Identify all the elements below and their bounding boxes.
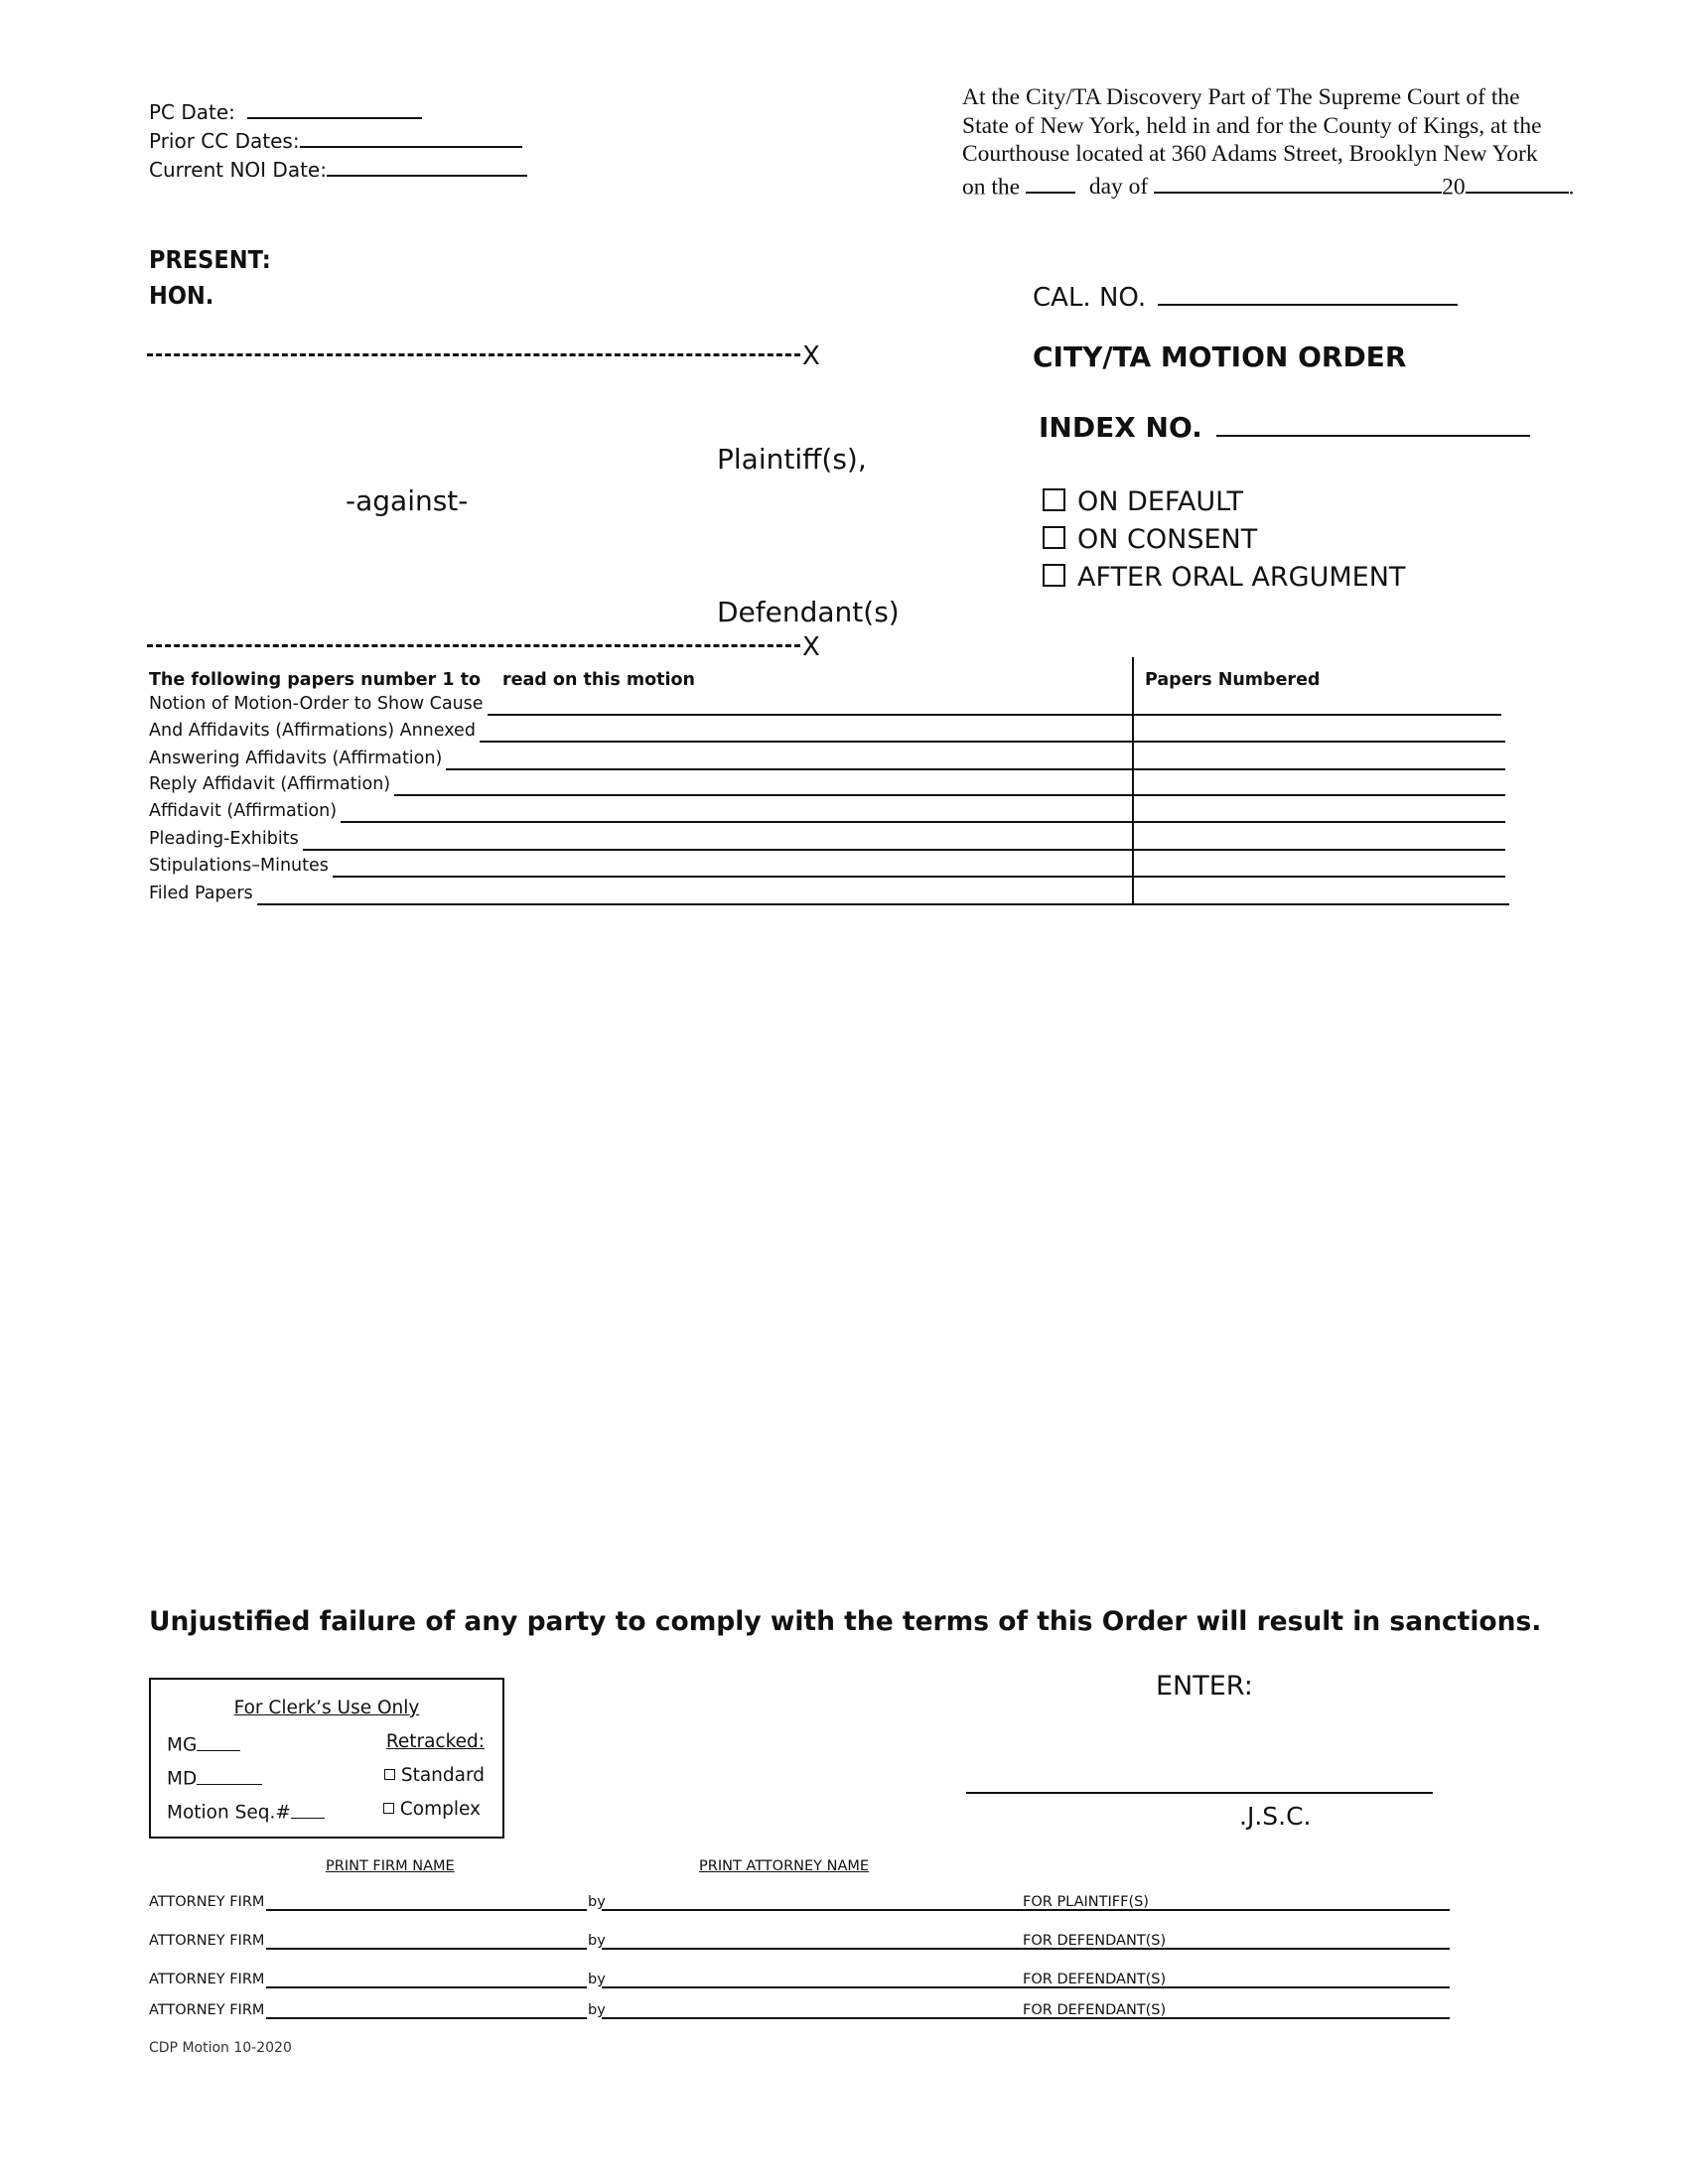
md-field[interactable] — [197, 1765, 262, 1785]
jsc-label: .J.S.C. — [1239, 1802, 1312, 1831]
prior-cc-dates-row: Prior CC Dates: — [149, 126, 527, 155]
year-field[interactable] — [1466, 169, 1569, 195]
checkbox-icon[interactable] — [1043, 488, 1065, 511]
court-caption-line-2: State of New York, held in and for the C… — [962, 112, 1592, 141]
option-label: ON DEFAULT — [1077, 486, 1243, 517]
papers-header-left: The following papers number 1 to — [149, 670, 481, 690]
option-on-default[interactable]: ON DEFAULT — [1043, 483, 1405, 521]
dashed-rule — [147, 353, 800, 356]
papers-row-label: Reply Affidavit (Affirmation) — [149, 774, 390, 794]
period: . — [1569, 174, 1575, 200]
sanctions-warning: Unjustified failure of any party to comp… — [149, 1606, 1541, 1637]
motion-seq-field[interactable] — [291, 1799, 325, 1819]
option-on-consent[interactable]: ON CONSENT — [1043, 521, 1405, 559]
current-noi-date-field[interactable] — [327, 155, 527, 177]
papers-row: Filed Papers — [149, 878, 1539, 905]
party-field[interactable] — [1160, 2017, 1450, 2019]
papers-row: Notion of Motion-Order to Show Cause — [149, 688, 1539, 716]
attorney-row: ATTORNEY FIRMbyFOR PLAINTIFF(S) — [149, 1891, 1460, 1911]
pc-date-field[interactable] — [247, 97, 422, 119]
month-field[interactable] — [1154, 169, 1442, 195]
mg-label: MG — [167, 1735, 197, 1756]
attorney-row: ATTORNEY FIRMbyFOR DEFENDANT(S) — [149, 1930, 1460, 1950]
checkbox-icon[interactable] — [383, 1803, 394, 1814]
index-no-field[interactable] — [1216, 407, 1530, 437]
enter-label: ENTER: — [1156, 1671, 1253, 1702]
papers-row-label: And Affidavits (Affirmations) Annexed — [149, 721, 476, 741]
papers-row-label: Notion of Motion-Order to Show Cause — [149, 694, 484, 714]
papers-row: Stipulations–Minutes — [149, 850, 1539, 878]
mg-field[interactable] — [197, 1731, 240, 1751]
x-mark: X — [802, 632, 820, 662]
attorney-row: ATTORNEY FIRMbyFOR DEFENDANT(S) — [149, 1969, 1460, 1988]
plaintiff-label: Plaintiff(s), — [717, 443, 867, 476]
attorney-firm-label: ATTORNEY FIRM — [149, 1972, 264, 1987]
print-attorney-name-label: PRINT ATTORNEY NAME — [699, 1858, 869, 1874]
option-label: ON CONSENT — [1077, 524, 1257, 555]
motion-seq-label: Motion Seq.# — [167, 1803, 291, 1824]
dashed-rule — [147, 644, 800, 647]
firm-name-field[interactable] — [266, 1909, 587, 1911]
print-firm-name-label: PRINT FIRM NAME — [326, 1858, 455, 1874]
court-caption-date-line: on the day of 20. — [962, 169, 1592, 202]
attorney-firm-label: ATTORNEY FIRM — [149, 2002, 264, 2018]
attorney-firm-label: ATTORNEY FIRM — [149, 1894, 264, 1910]
clerk-use-box: For Clerk’s Use Only MG MD Motion Seq.# … — [149, 1678, 504, 1839]
by-label: by — [588, 1933, 606, 1949]
day-field[interactable] — [1026, 169, 1075, 195]
on-the-label: on the — [962, 174, 1020, 200]
papers-row-field[interactable] — [257, 903, 1132, 905]
day-of-label: day of — [1089, 174, 1148, 200]
judge-signature-line[interactable] — [966, 1792, 1433, 1794]
papers-row-label: Answering Affidavits (Affirmation) — [149, 749, 442, 768]
by-label: by — [588, 1972, 606, 1987]
hon-label: HON. — [149, 278, 271, 314]
x-mark: X — [802, 341, 820, 371]
index-no-label: INDEX NO. — [1039, 411, 1202, 444]
firm-name-field[interactable] — [266, 1948, 587, 1950]
current-noi-date-label: Current NOI Date: — [149, 158, 327, 182]
current-noi-date-row: Current NOI Date: — [149, 155, 527, 184]
mg-row: MG — [167, 1731, 240, 1756]
checkbox-icon[interactable] — [1043, 526, 1065, 549]
firm-name-field[interactable] — [266, 2017, 587, 2019]
cal-no-row: CAL. NO. — [1033, 278, 1458, 313]
motion-order-title: CITY/TA MOTION ORDER — [1033, 341, 1406, 373]
by-label: by — [588, 1894, 606, 1910]
for-party-label: FOR DEFENDANT(S) — [1023, 1972, 1166, 1987]
caption-bottom-rule: X — [147, 632, 820, 662]
court-caption-line-3: Courthouse located at 360 Adams Street, … — [962, 140, 1592, 169]
for-party-label: FOR PLAINTIFF(S) — [1023, 1894, 1149, 1910]
party-field[interactable] — [1160, 1986, 1450, 1988]
index-no-row: INDEX NO. — [1039, 407, 1530, 444]
prior-cc-dates-label: Prior CC Dates: — [149, 129, 300, 153]
papers-row: Answering Affidavits (Affirmation) — [149, 743, 1539, 770]
papers-header-mid: read on this motion — [502, 670, 695, 690]
option-after-oral-argument[interactable]: AFTER ORAL ARGUMENT — [1043, 559, 1405, 597]
attorney-row: ATTORNEY FIRMbyFOR DEFENDANT(S) — [149, 1999, 1460, 2019]
against-label: -against- — [346, 484, 468, 517]
party-field[interactable] — [1146, 1909, 1450, 1911]
standard-label: Standard — [401, 1765, 485, 1786]
complex-label: Complex — [400, 1799, 481, 1820]
complex-option[interactable]: Complex — [383, 1799, 481, 1820]
for-party-label: FOR DEFENDANT(S) — [1023, 1933, 1166, 1949]
pc-date-row: PC Date: — [149, 97, 527, 126]
papers-row-label: Filed Papers — [149, 884, 253, 903]
party-field[interactable] — [1160, 1948, 1450, 1950]
cal-no-label: CAL. NO. — [1033, 283, 1146, 313]
papers-row-label: Affidavit (Affirmation) — [149, 801, 337, 821]
by-label: by — [588, 2002, 606, 2018]
md-label: MD — [167, 1769, 197, 1790]
papers-row: Reply Affidavit (Affirmation) — [149, 768, 1539, 796]
court-caption-line-1: At the City/TA Discovery Part of The Sup… — [962, 83, 1592, 112]
defendant-label: Defendant(s) — [717, 596, 900, 628]
case-dates-block: PC Date: Prior CC Dates: Current NOI Dat… — [149, 97, 527, 184]
checkbox-icon[interactable] — [1043, 564, 1065, 587]
present-label: PRESENT: — [149, 242, 271, 278]
court-caption: At the City/TA Discovery Part of The Sup… — [962, 83, 1592, 202]
papers-row-label: Stipulations–Minutes — [149, 856, 329, 876]
caption-top-rule: X — [147, 341, 820, 371]
cal-no-field[interactable] — [1158, 278, 1458, 306]
year-prefix: 20 — [1442, 174, 1466, 200]
motion-seq-row: Motion Seq.# — [167, 1799, 325, 1824]
standard-option[interactable]: Standard — [384, 1765, 485, 1786]
papers-row: Affidavit (Affirmation) — [149, 795, 1539, 823]
md-row: MD — [167, 1765, 262, 1790]
present-block: PRESENT: HON. — [149, 242, 271, 314]
prior-cc-dates-field[interactable] — [300, 126, 522, 148]
disposition-options: ON DEFAULT ON CONSENT AFTER ORAL ARGUMEN… — [1043, 483, 1405, 597]
papers-numbered-field[interactable] — [1132, 903, 1509, 905]
pc-date-label: PC Date: — [149, 100, 235, 124]
papers-header-right: Papers Numbered — [1145, 670, 1320, 690]
clerk-box-title: For Clerk’s Use Only — [151, 1698, 502, 1718]
for-party-label: FOR DEFENDANT(S) — [1023, 2002, 1166, 2018]
form-version: CDP Motion 10-2020 — [149, 2040, 292, 2056]
papers-row: Pleading-Exhibits — [149, 823, 1539, 851]
checkbox-icon[interactable] — [384, 1769, 395, 1780]
retracked-label: Retracked: — [386, 1731, 485, 1752]
option-label: AFTER ORAL ARGUMENT — [1077, 562, 1405, 593]
papers-row: And Affidavits (Affirmations) Annexed — [149, 715, 1539, 743]
papers-row-label: Pleading-Exhibits — [149, 829, 299, 849]
firm-name-field[interactable] — [266, 1986, 587, 1988]
attorney-firm-label: ATTORNEY FIRM — [149, 1933, 264, 1949]
